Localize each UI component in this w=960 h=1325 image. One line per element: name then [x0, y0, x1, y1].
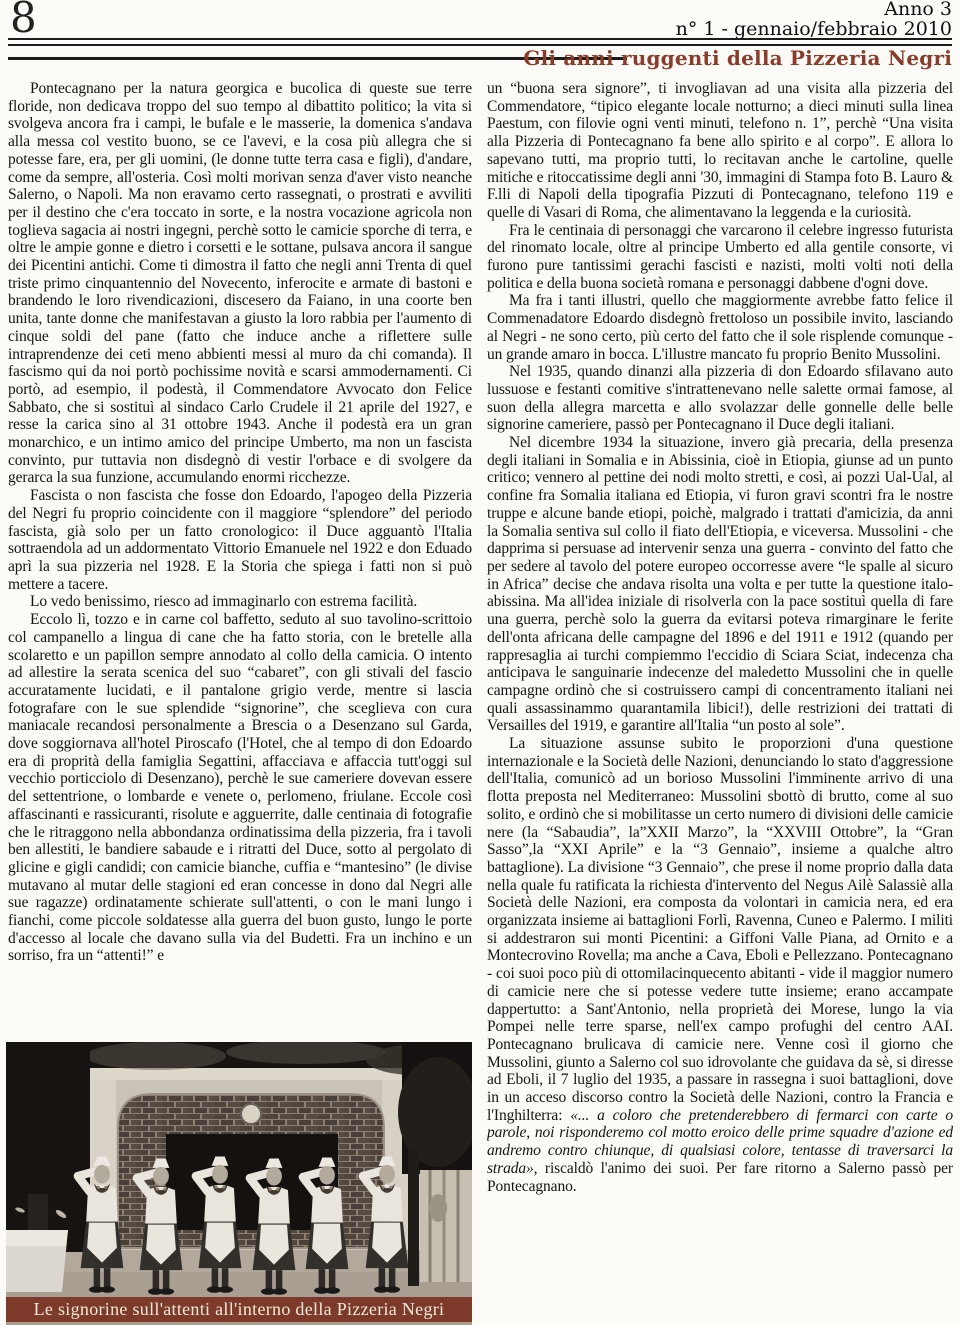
paragraph: Fascista o non fascista che fosse don Ed… [8, 487, 472, 593]
article-right-column: un “buona sera signore”, ti invogliavan … [487, 80, 953, 1295]
newspaper-page: 8 Anno 3 n° 1 - gennaio/febbraio 2010 Gl… [0, 0, 960, 1325]
article-photo: Le signorine sull'attenti all'interno de… [6, 1042, 472, 1325]
masthead-double-rule [8, 38, 952, 46]
paragraph-text: La situazione assunse subito le proporzi… [487, 735, 953, 1124]
photo-caption-bar: Le signorine sull'attenti all'interno de… [6, 1297, 472, 1322]
paragraph: Eccolo lì, tozzo e in carne col baffetto… [8, 611, 472, 965]
issue-year-line: Anno 3 [676, 0, 952, 20]
photo-caption: Le signorine sull'attenti all'interno de… [34, 1299, 445, 1320]
paragraph-text: , riscaldò l'animo dei suoi. Per fare ri… [487, 1160, 953, 1195]
paragraph: Lo vedo benissimo, riesco ad immaginarlo… [8, 593, 472, 611]
article-left-column: Pontecagnano per la natura georgica e bu… [8, 80, 472, 1036]
photo-clock [241, 1104, 261, 1124]
issue-number-line: n° 1 - gennaio/febbraio 2010 [676, 20, 952, 40]
paragraph: Fra le centinaia di personaggi che varca… [487, 222, 953, 293]
section-title: Gli anni ruggenti della Pizzeria Negri [523, 46, 952, 70]
page-number: 8 [10, 0, 37, 40]
paragraph: un “buona sera signore”, ti invogliavan … [487, 80, 953, 222]
paragraph: Ma fra i tanti illustri, quello che magg… [487, 292, 953, 363]
pizzeria-photo-illustration [6, 1042, 472, 1325]
issue-info: Anno 3 n° 1 - gennaio/febbraio 2010 [676, 0, 952, 39]
paragraph: La situazione assunse subito le proporzi… [487, 735, 953, 1195]
paragraph: Nel 1935, quando dinanzi alla pizzeria d… [487, 363, 953, 434]
paragraph: Pontecagnano per la natura georgica e bu… [8, 80, 472, 487]
paragraph: Nel dicembre 1934 la situazione, invero … [487, 434, 953, 735]
photo-fence [408, 1150, 472, 1286]
